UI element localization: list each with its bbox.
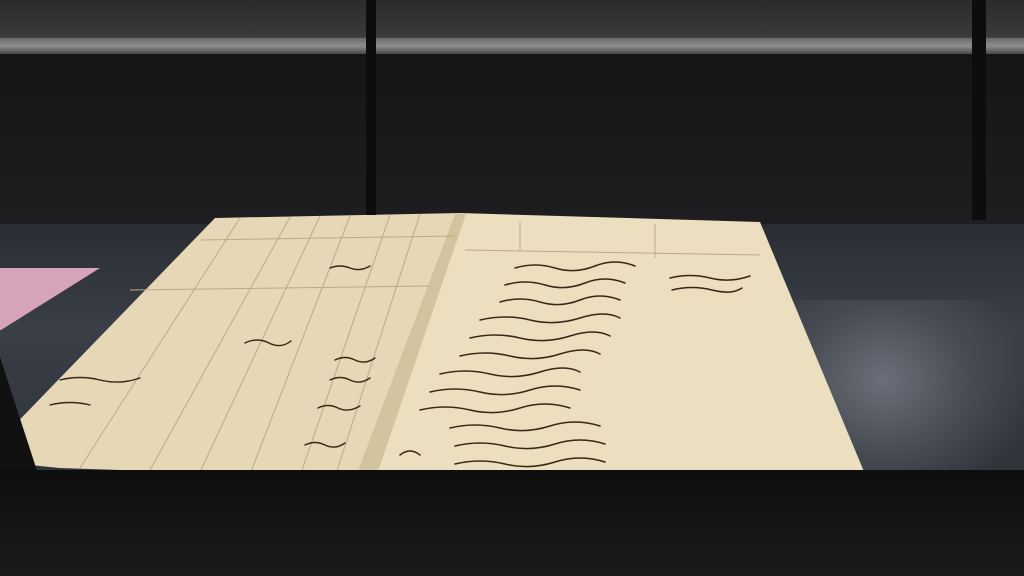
case-frame-right — [972, 0, 986, 220]
display-case-front-rail — [0, 470, 1024, 576]
case-frame-mid — [366, 0, 376, 215]
